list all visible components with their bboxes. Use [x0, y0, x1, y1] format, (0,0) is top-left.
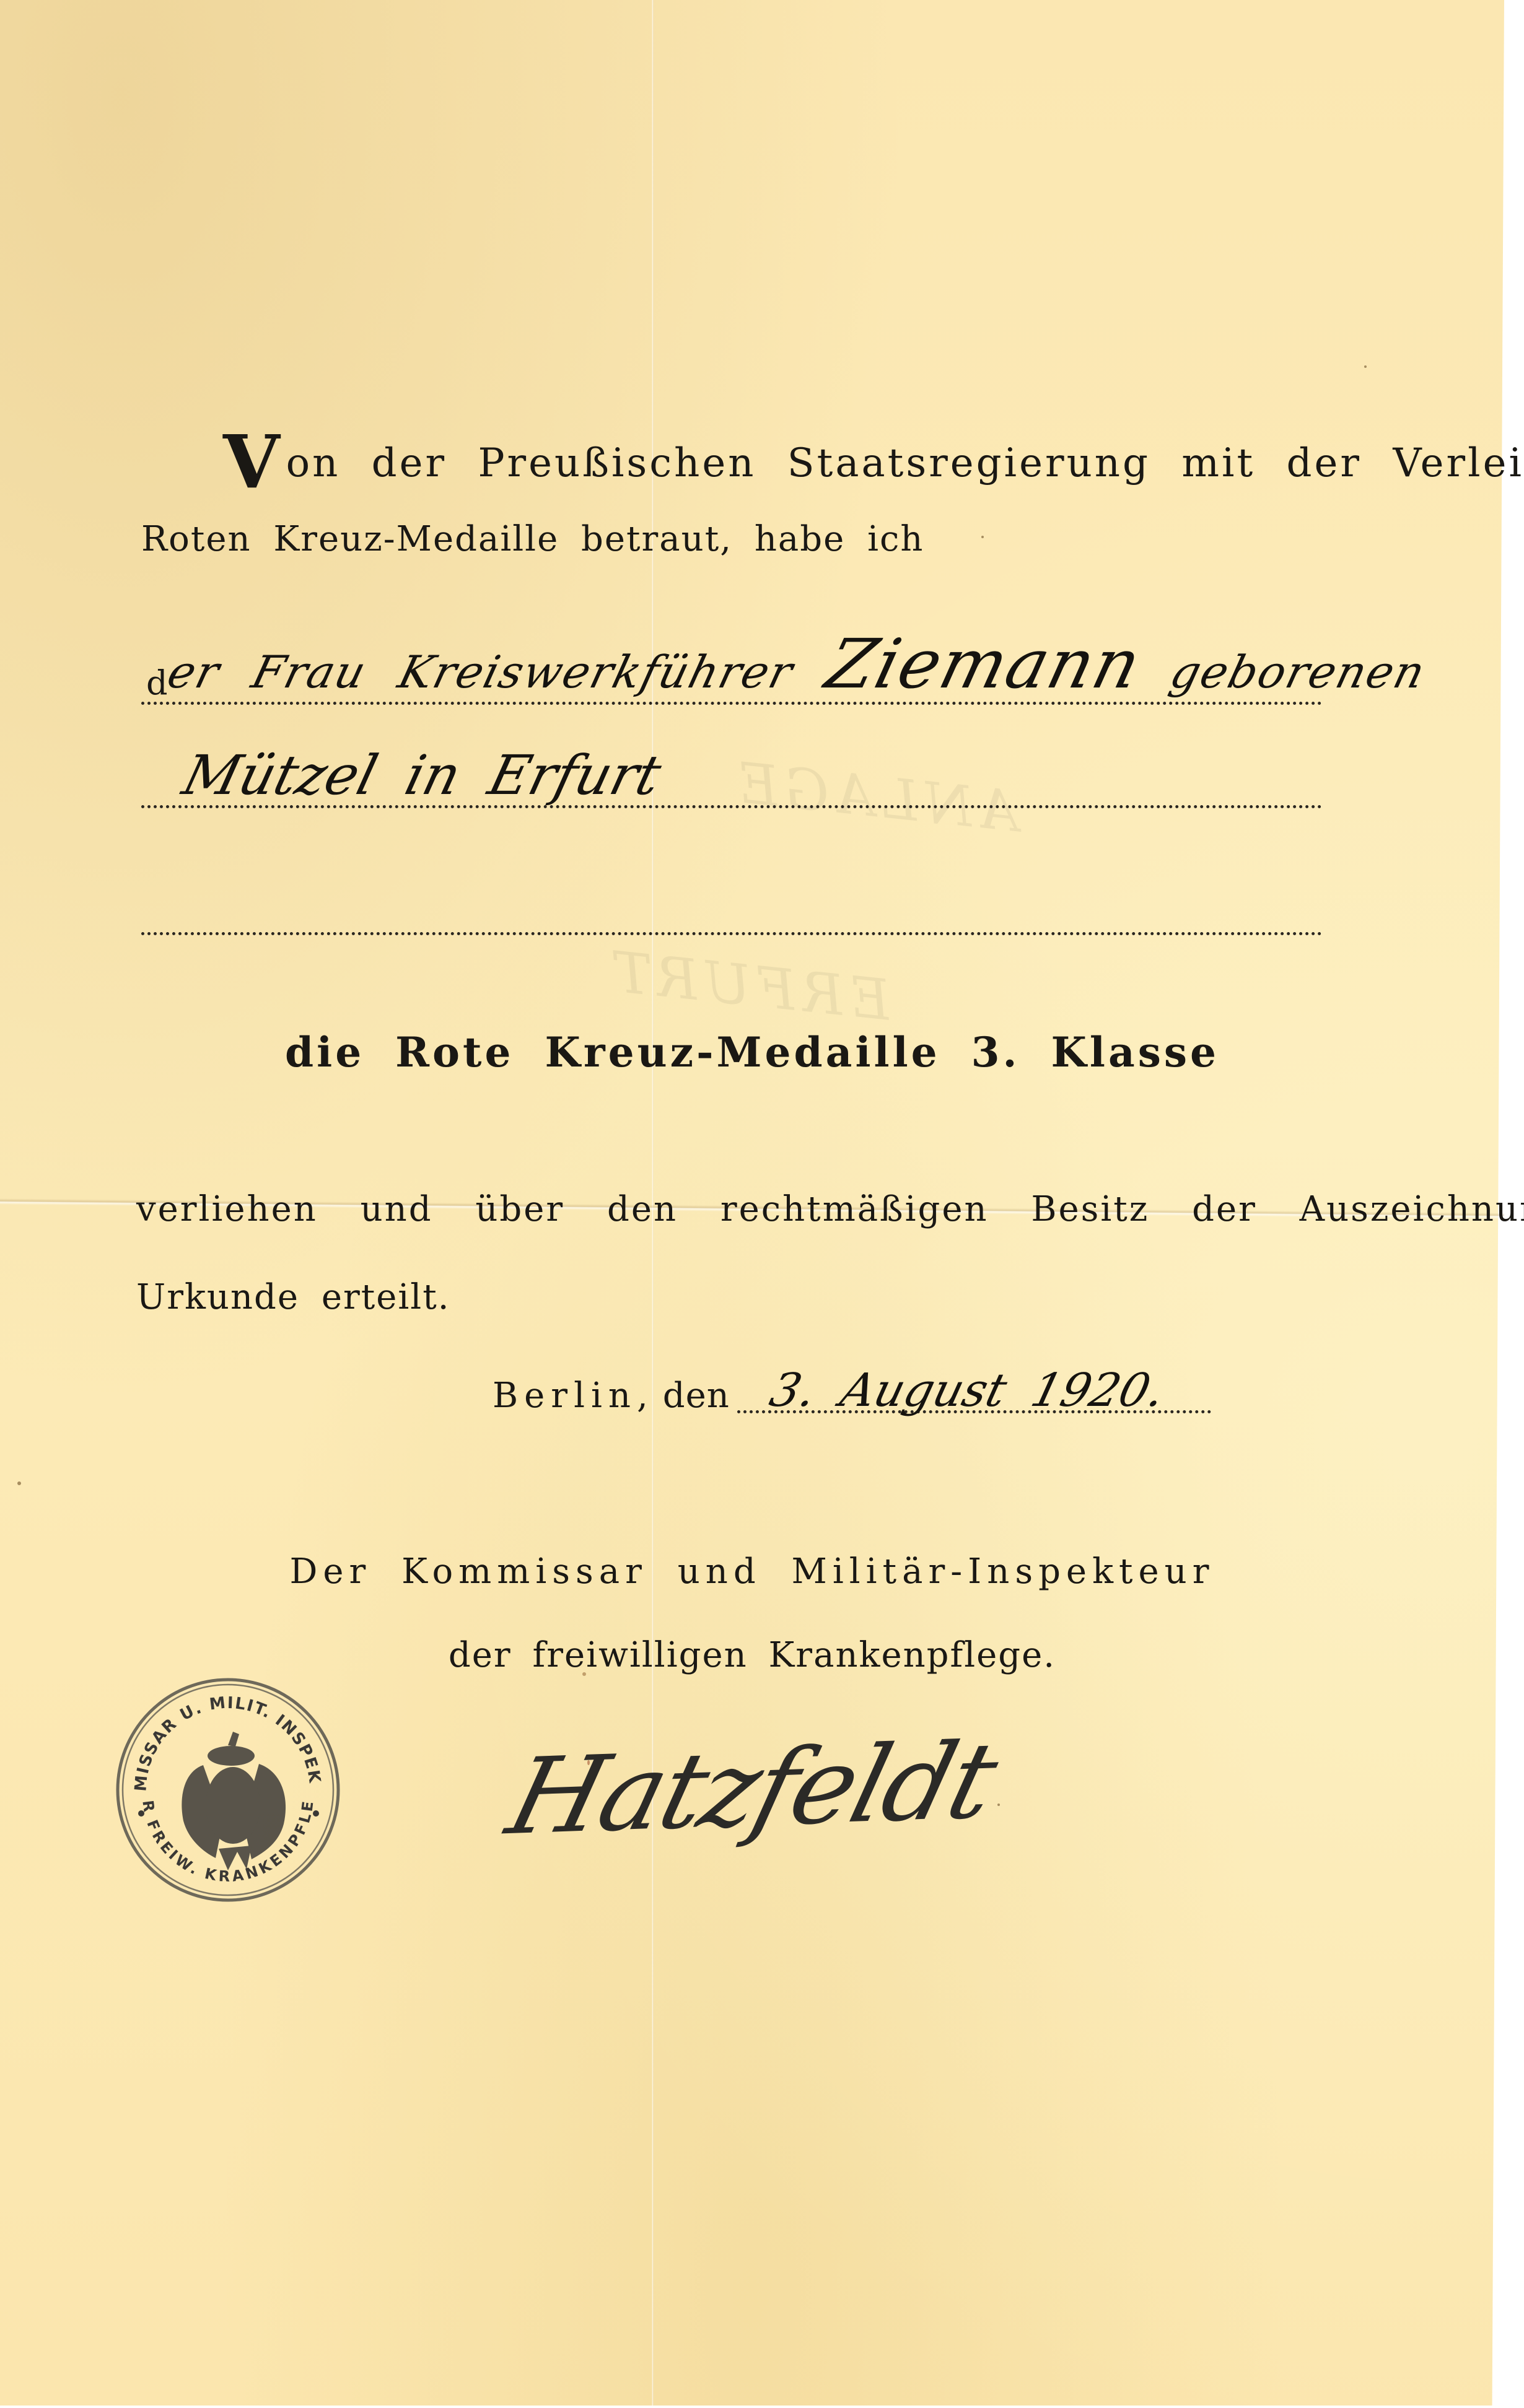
paper-speck [981, 536, 984, 538]
paper-speck [997, 1804, 1000, 1806]
handwritten-surname: Ziemann [818, 624, 1149, 704]
paper-speck [582, 1672, 586, 1676]
intro-line-2: Roten Kreuz-Medaille betraut, habe ich [141, 519, 924, 559]
place-name: Berlin, [493, 1376, 654, 1416]
paper-speck [17, 1481, 21, 1485]
signature: Hatzfeldt [496, 1720, 1007, 1859]
award-title: die Rote Kreuz-Medaille 3. Klasse [0, 1028, 1504, 1076]
issuer-title-line-2: der freiwilligen Krankenpflege. [0, 1635, 1504, 1675]
recipient-field-line-3 [141, 873, 1322, 935]
paper-speck [1364, 365, 1367, 368]
intro-line-1-text: on der Preußischen Staatsregierung mit d… [286, 440, 1524, 486]
official-seal: KOMMISSAR U. MILIT. INSPEKTEUR DER FREIW… [110, 1672, 346, 1908]
conferral-line-2: Urkunde erteilt. [136, 1277, 450, 1317]
intro-line-1: Von der Preußischen Staatsregierung mit … [223, 419, 1524, 505]
dotted-rule [141, 932, 1322, 935]
imperial-eagle-icon [182, 1732, 286, 1870]
place-date-line: Berlin,den 3. August 1920. [493, 1370, 1211, 1420]
handwritten-title: er Frau Kreiswerkführer [162, 646, 799, 698]
recipient-field-line-2: Mützel in Erfurt [141, 746, 1322, 808]
recipient-field-line-1: d er Frau Kreiswerkführer Ziemann gebore… [141, 643, 1322, 705]
handwritten-maiden-name-place: Mützel in Erfurt [177, 743, 667, 807]
handwritten-date: 3. August 1920. [764, 1364, 1170, 1417]
den-label: den [663, 1376, 730, 1416]
handwritten-recipient-title: er Frau Kreiswerkführer Ziemann geborene… [161, 624, 1437, 704]
paper-speck [587, 1760, 590, 1765]
handwritten-nee: geborenen [1165, 646, 1431, 698]
issuer-title-line-1: Der Kommissar und Militär-Inspekteur [0, 1551, 1504, 1592]
conferral-line-1: verliehen und über den rechtmäßigen Besi… [136, 1189, 1524, 1229]
drop-initial: V [223, 419, 282, 505]
place-label: Berlin,den [493, 1376, 730, 1416]
